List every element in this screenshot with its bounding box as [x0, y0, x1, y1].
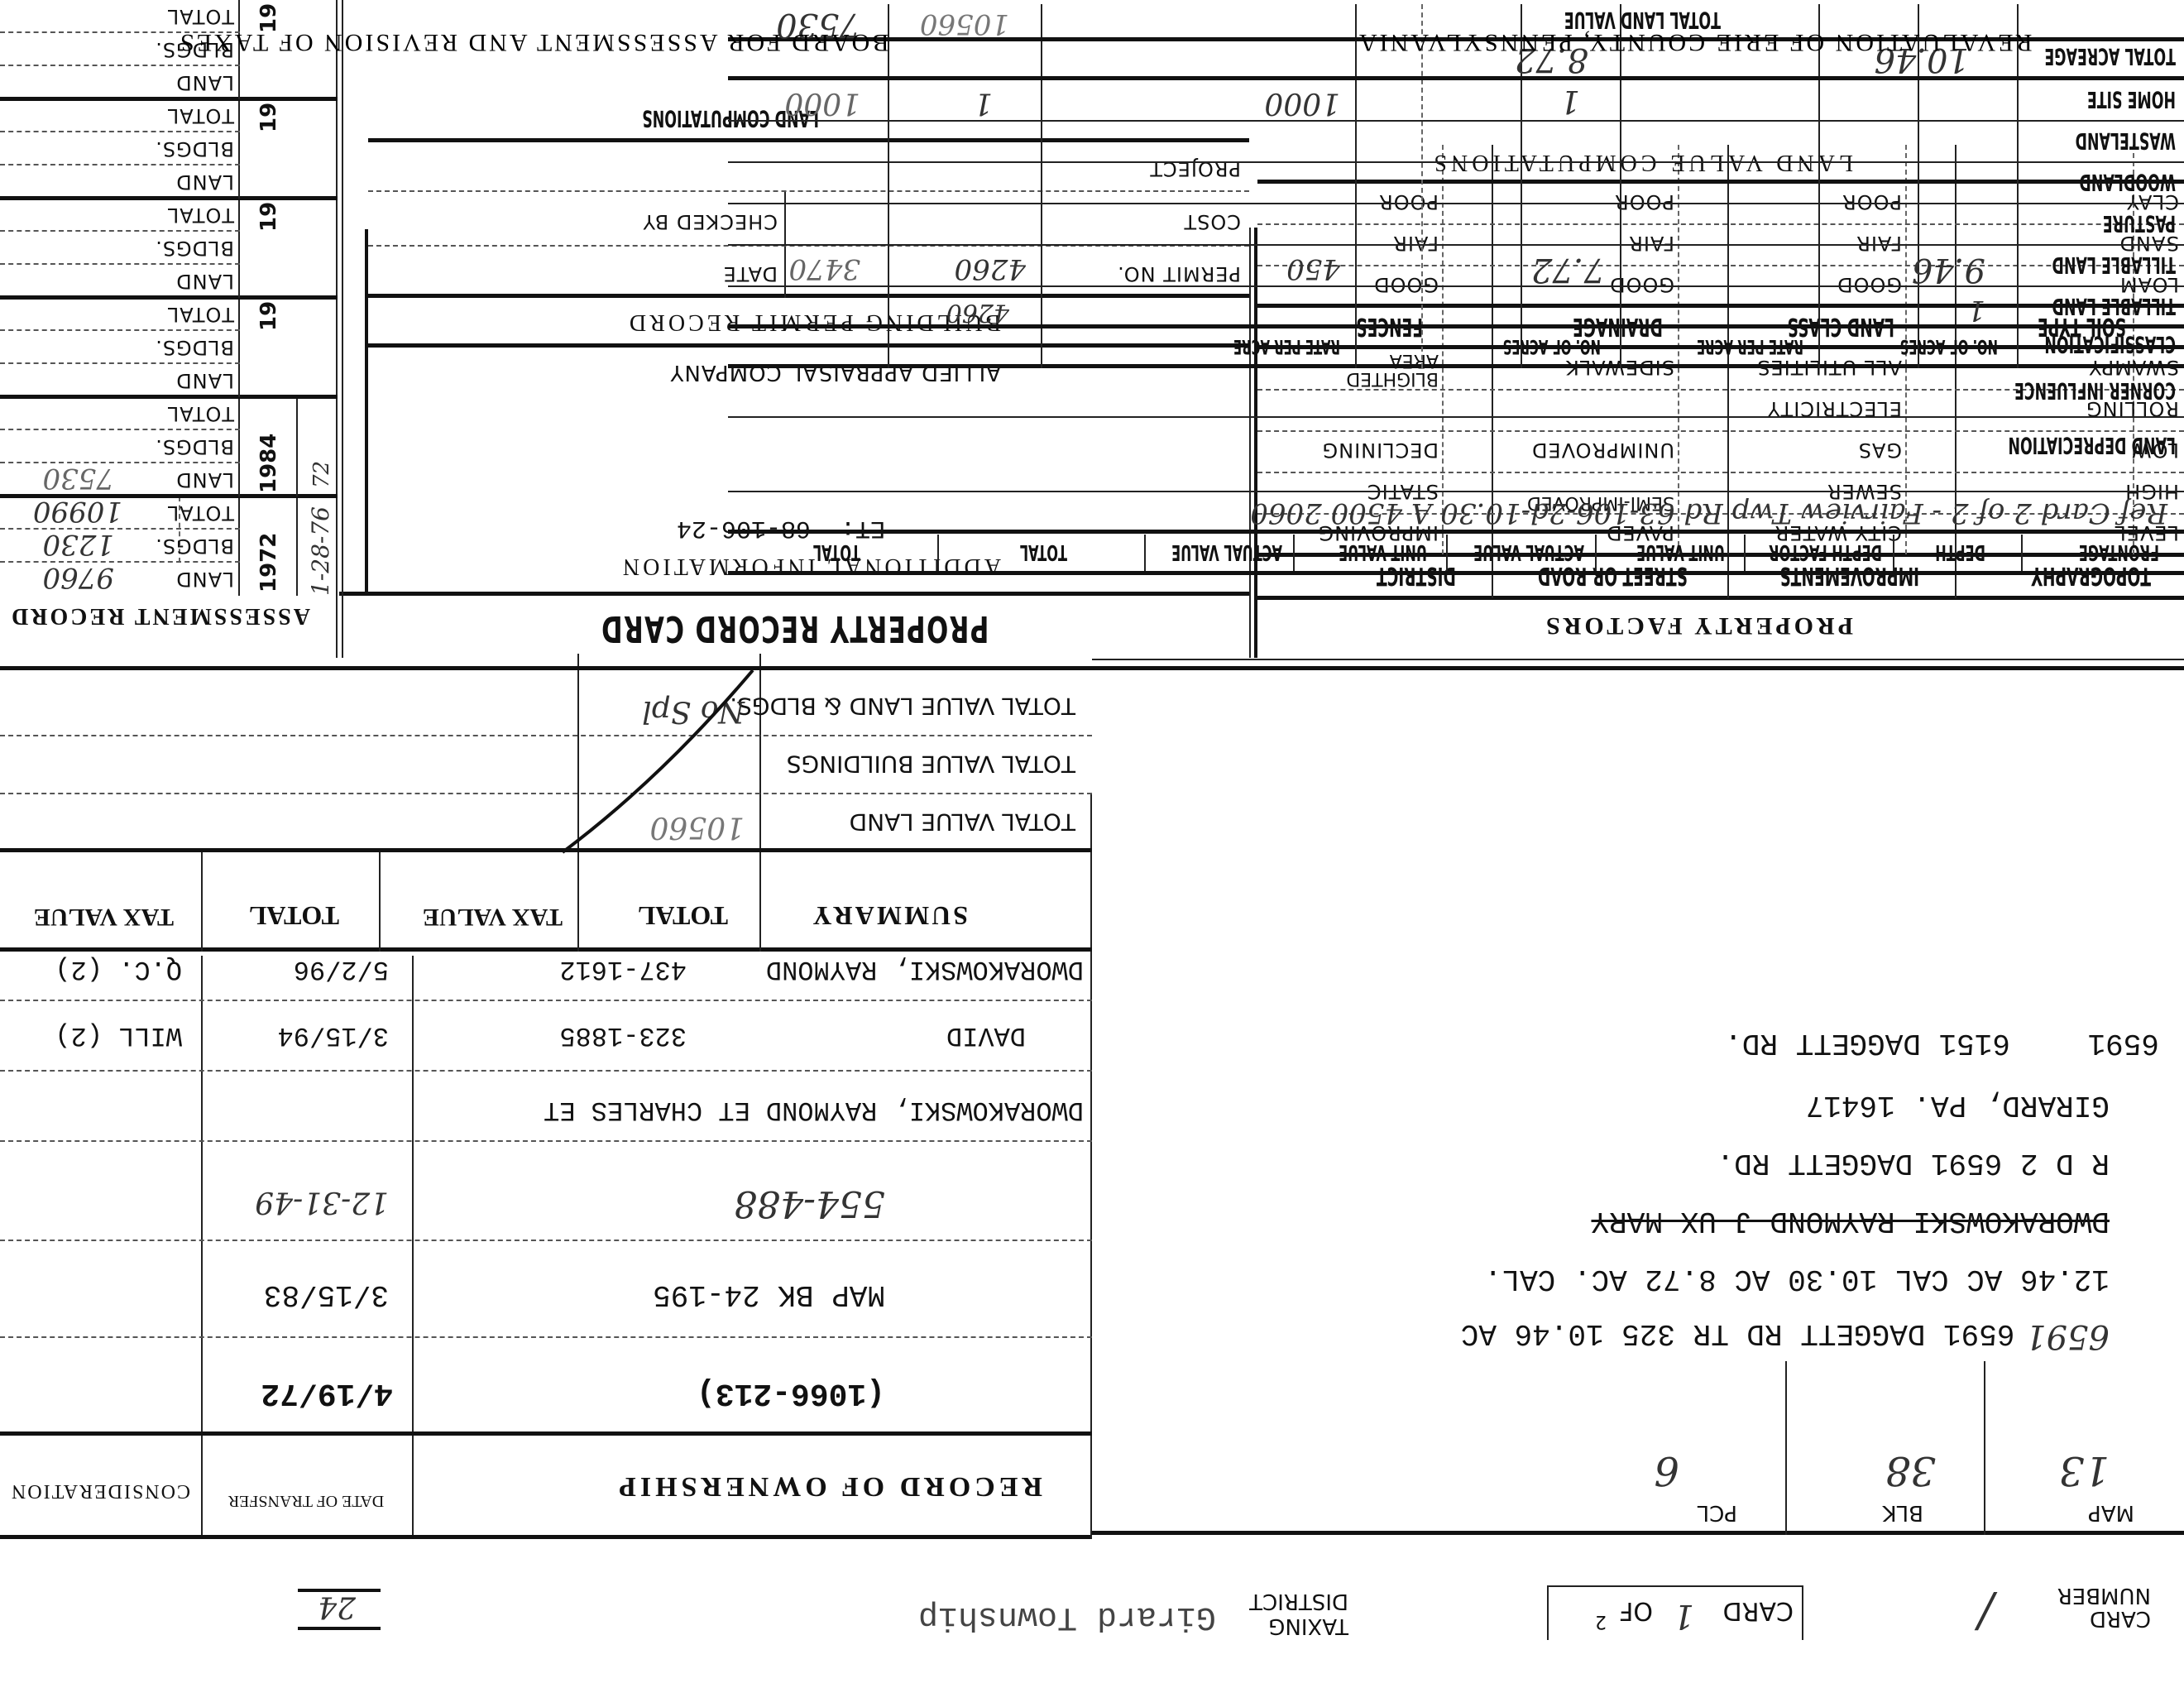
acre-row-acres: 1 [1967, 294, 1985, 327]
acre-row-total-2: 1000 [784, 86, 860, 120]
acre-row-acres-2: 7.72 [1531, 251, 1605, 289]
property-record-card: CARD NUMBER / CARD 1 OF 2 TAXING DISTRIC… [0, 0, 2184, 1688]
acre-row-class: TILLABLE LAND [2052, 252, 2176, 279]
frontage-header: TOTAL [1020, 539, 1067, 564]
acre-header: NO. OF ACRES [1900, 335, 1998, 358]
frontage-header: UNIT VALUE [1636, 539, 1725, 564]
acre-row-class: TILLABLE LAND [2052, 293, 2176, 320]
acre-row-class: WASTELAND [2076, 127, 2176, 155]
frontage-header: ACTUAL VALUE [1473, 539, 1584, 564]
county-title: REVALUATION OF ERIE COUNTY, PENNSYLVANIA [1357, 28, 2032, 56]
acre-row-class: WOODLAND [2079, 169, 2176, 196]
acre-row-acres-2: 1 [1560, 84, 1580, 120]
frontage-header: FRONTAGE [2079, 539, 2159, 564]
board-title: BOARD FOR ASSESSMENT AND REVISION OF TAX… [178, 28, 888, 56]
acre-header: NO. OF ACRES [1503, 335, 1601, 358]
acre-row-rate-2: 1000 [1264, 86, 1340, 120]
frontage-header: DEPTH FACTOR [1769, 539, 1882, 564]
acre-row-rate-2: 450 [1286, 252, 1340, 285]
frontage-header: UNIT VALUE [1339, 539, 1427, 564]
land-depreciation-label: LAND DEPRECIATION [2008, 432, 2176, 459]
total-acreage-label: TOTAL ACREAGE [2044, 43, 2176, 70]
frontage-header: DEPTH [1935, 539, 1985, 564]
acre-header: CLASSIFICATION [2044, 331, 2176, 358]
corner-influence-label: CORNER INFLUENCE [2014, 377, 2176, 405]
acre-row-total: 1 [974, 86, 993, 120]
frontage-header: ACTUAL VALUE [1171, 539, 1282, 564]
frontage-header: TOTAL [813, 539, 860, 564]
frontage-note: Ref Card 2 of 2 - Fairview Twp Rd 63-106… [1250, 496, 2167, 530]
acre-row-class: HOME SITE [2087, 86, 2176, 113]
acre-header: RATE PER ACRE [1697, 335, 1803, 358]
acre-row-acres: 9.46 [1912, 251, 1985, 289]
acre-row-class: PASTURE [2103, 210, 2176, 237]
frontage-header-row: FRONTAGE DEPTH DEPTH FACTOR UNIT VALUE A… [728, 535, 2184, 571]
acre-header: RATE PER ACRE [1233, 335, 1340, 358]
acre-row-total-2: 3470 [788, 252, 860, 285]
total-land-value-1: 10560 [920, 7, 1009, 41]
acre-row-total: 4260 [946, 298, 1009, 327]
acre-row-total: 4260 [954, 252, 1026, 285]
